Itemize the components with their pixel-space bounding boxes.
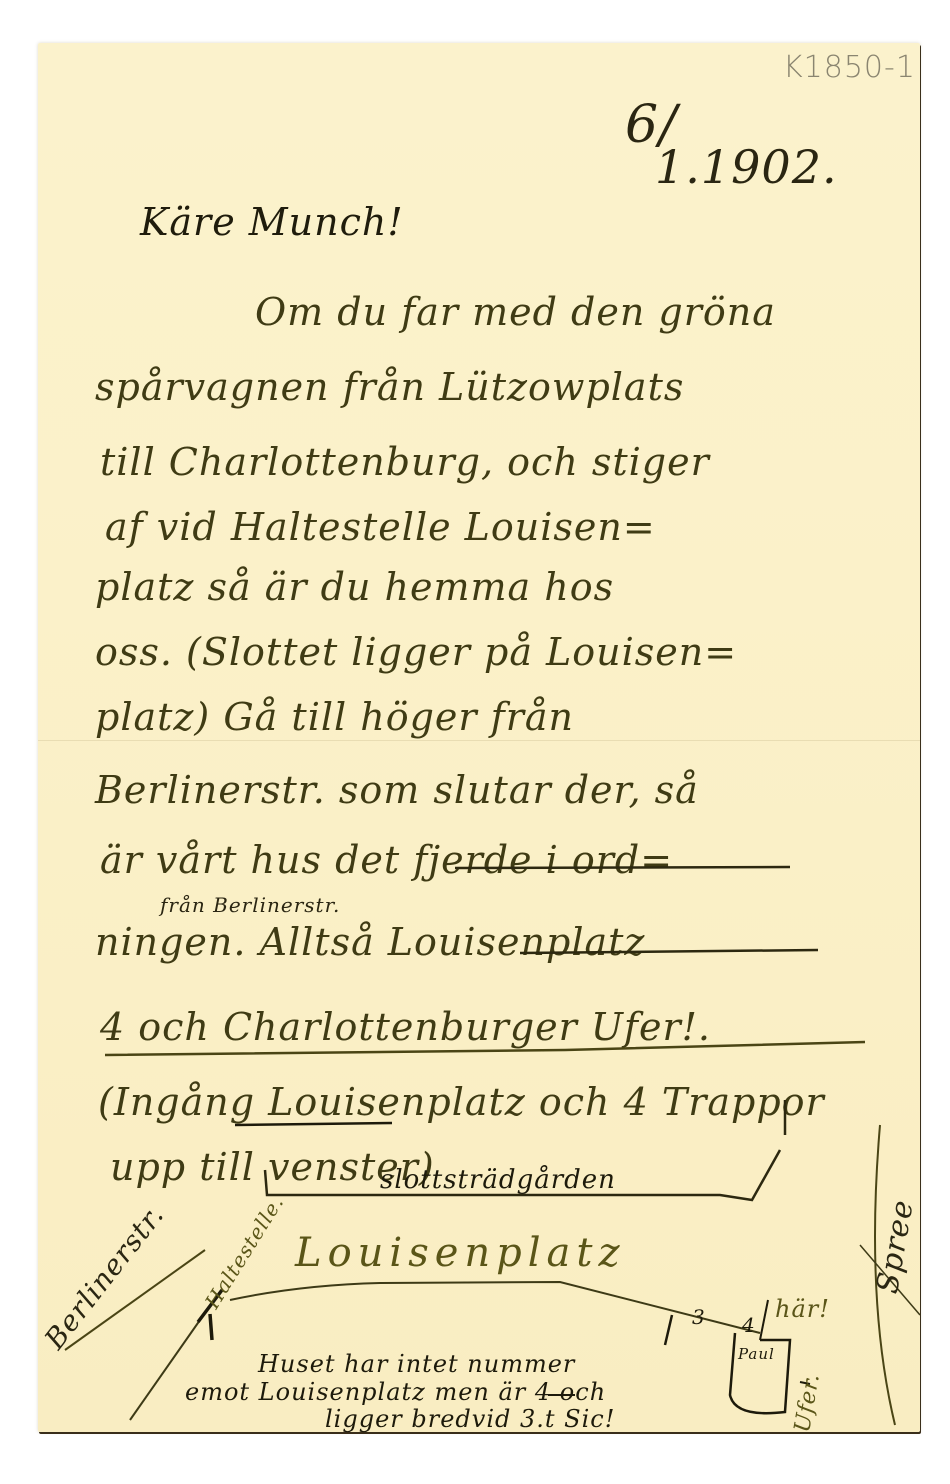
map-note-line-1: Huset har intet nummer <box>258 1350 575 1378</box>
map-label-palace-garden: slottsträdgården <box>380 1165 616 1195</box>
map-label-house: Paul <box>738 1345 775 1363</box>
map-note-line-2: emot Louisenplatz men är 4 och <box>185 1378 606 1406</box>
map-label-number-4: 4 <box>742 1313 756 1337</box>
map-note-line-3: ligger bredvid 3.t Sic! <box>325 1405 615 1433</box>
map-label-number-3: 3 <box>692 1305 706 1329</box>
map-label-louisenplatz: Louisenplatz <box>295 1230 626 1276</box>
map-label-here: här! <box>775 1295 830 1323</box>
